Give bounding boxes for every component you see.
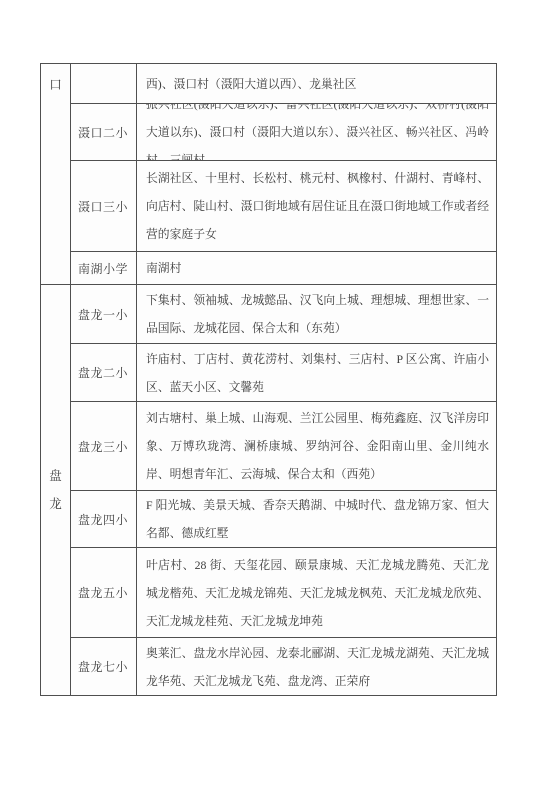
table-row: 西)、滠口村（滠阳大道以西）、龙巢社区 [71,64,496,104]
table-row: 南湖小学南湖村 [71,252,496,284]
group-label: 口 [41,64,71,284]
areas-text: 长湖社区、十里村、长松村、桃元村、枫橡村、什湖村、青峰村、向店村、陡山村、滠口街… [146,164,489,248]
areas-cell: 刘古塘村、巢上城、山海观、兰江公园里、梅苑鑫庭、汉飞洋房印象、万博玖珑湾、澜桥康… [137,402,496,490]
school-cell [71,64,137,103]
school-cell: 盘龙二小 [71,344,137,401]
table-row: 盘龙一小下集村、领袖城、龙城懿品、汉飞向上城、理想城、理想世家、一品国际、龙城花… [71,285,496,344]
areas-text: 南湖村 [146,254,489,282]
areas-cell: 南湖村 [137,252,496,284]
areas-text: 叶店村、28 街、天玺花园、颐景康城、天汇龙城龙腾苑、天汇龙城龙楷苑、天汇龙城龙… [146,551,489,635]
table-row: 滠口三小长湖社区、十里村、长松村、桃元村、枫橡村、什湖村、青峰村、向店村、陡山村… [71,161,496,252]
school-cell: 盘龙四小 [71,491,137,547]
group-rows: 盘龙一小下集村、领袖城、龙城懿品、汉飞向上城、理想城、理想世家、一品国际、龙城花… [71,285,496,695]
areas-cell: 下集村、领袖城、龙城懿品、汉飞向上城、理想城、理想世家、一品国际、龙城花园、保合… [137,285,496,343]
areas-text: 许庙村、丁店村、黄花涝村、刘集村、三店村、P 区公寓、许庙小区、蓝天小区、文馨苑 [146,345,489,401]
school-cell: 滠口三小 [71,161,137,251]
school-cell: 盘龙三小 [71,402,137,490]
school-cell: 盘龙五小 [71,548,137,637]
district-table: 口西)、滠口村（滠阳大道以西）、龙巢社区滠口二小振兴社区(滠阳大道以东)、富兴社… [40,63,497,696]
areas-cell: 西)、滠口村（滠阳大道以西）、龙巢社区 [137,64,496,103]
school-cell: 南湖小学 [71,252,137,284]
table-row: 盘龙五小叶店村、28 街、天玺花园、颐景康城、天汇龙城龙腾苑、天汇龙城龙楷苑、天… [71,548,496,638]
table-row: 滠口二小振兴社区(滠阳大道以东)、富兴社区(滠阳大道以东)、双桥村(滠阳大道以东… [71,104,496,161]
group-label: 盘 龙 [41,285,71,695]
areas-cell: 奥莱汇、盘龙水岸沁园、龙泰北郦湖、天汇龙城龙湖苑、天汇龙城龙华苑、天汇龙城龙飞苑… [137,638,496,695]
areas-text: 下集村、领袖城、龙城懿品、汉飞向上城、理想城、理想世家、一品国际、龙城花园、保合… [146,286,489,342]
areas-text: 刘古塘村、巢上城、山海观、兰江公园里、梅苑鑫庭、汉飞洋房印象、万博玖珑湾、澜桥康… [146,404,489,488]
areas-cell: 许庙村、丁店村、黄花涝村、刘集村、三店村、P 区公寓、许庙小区、蓝天小区、文馨苑 [137,344,496,401]
table-row: 盘龙四小F 阳光城、美景天城、香奈天鹅湖、中城时代、盘龙锦万家、恒大名都、德成红… [71,491,496,548]
school-cell: 盘龙一小 [71,285,137,343]
areas-cell: 长湖社区、十里村、长松村、桃元村、枫橡村、什湖村、青峰村、向店村、陡山村、滠口街… [137,161,496,251]
school-cell: 滠口二小 [71,104,137,160]
areas-text: 振兴社区(滠阳大道以东)、富兴社区(滠阳大道以东)、双桥村(滠阳大道以东)、滠口… [146,104,489,160]
school-cell: 盘龙七小 [71,638,137,695]
areas-cell: 叶店村、28 街、天玺花园、颐景康城、天汇龙城龙腾苑、天汇龙城龙楷苑、天汇龙城龙… [137,548,496,637]
group-row: 口西)、滠口村（滠阳大道以西）、龙巢社区滠口二小振兴社区(滠阳大道以东)、富兴社… [41,64,496,285]
table-row: 盘龙二小许庙村、丁店村、黄花涝村、刘集村、三店村、P 区公寓、许庙小区、蓝天小区… [71,344,496,402]
table-row: 盘龙七小奥莱汇、盘龙水岸沁园、龙泰北郦湖、天汇龙城龙湖苑、天汇龙城龙华苑、天汇龙… [71,638,496,695]
areas-cell: 振兴社区(滠阳大道以东)、富兴社区(滠阳大道以东)、双桥村(滠阳大道以东)、滠口… [137,104,496,160]
areas-text: F 阳光城、美景天城、香奈天鹅湖、中城时代、盘龙锦万家、恒大名都、德成红墅 [146,491,489,547]
table-row: 盘龙三小刘古塘村、巢上城、山海观、兰江公园里、梅苑鑫庭、汉飞洋房印象、万博玖珑湾… [71,402,496,491]
group-row: 盘 龙盘龙一小下集村、领袖城、龙城懿品、汉飞向上城、理想城、理想世家、一品国际、… [41,285,496,695]
group-rows: 西)、滠口村（滠阳大道以西）、龙巢社区滠口二小振兴社区(滠阳大道以东)、富兴社区… [71,64,496,284]
areas-cell: F 阳光城、美景天城、香奈天鹅湖、中城时代、盘龙锦万家、恒大名都、德成红墅 [137,491,496,547]
areas-text: 西)、滠口村（滠阳大道以西）、龙巢社区 [146,70,489,98]
areas-text: 奥莱汇、盘龙水岸沁园、龙泰北郦湖、天汇龙城龙湖苑、天汇龙城龙华苑、天汇龙城龙飞苑… [146,639,489,695]
